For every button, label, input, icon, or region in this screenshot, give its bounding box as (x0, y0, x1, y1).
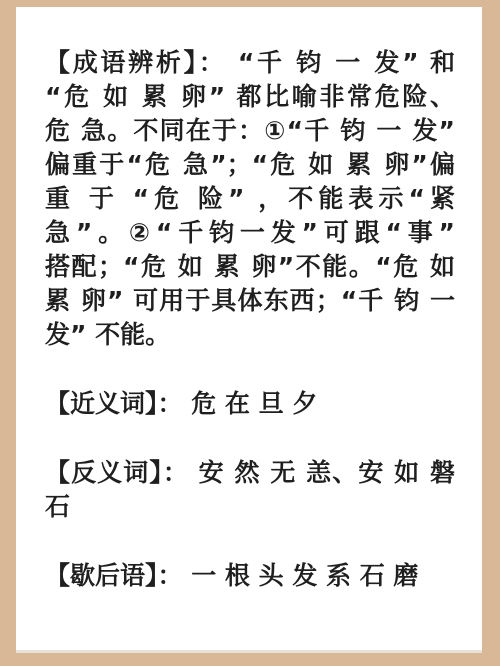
text-line: 偏重于“危 急”；“危 如 累 卵”偏 (45, 148, 455, 182)
text-line: 发” 不能。 (45, 318, 455, 352)
text-line: 危 急。不同在于：①“千 钧 一 发” (45, 114, 455, 148)
text-line: 【歇后语】： 一 根 头 发 系 石 磨 (45, 559, 455, 593)
paragraph-xiehouyu: 【歇后语】： 一 根 头 发 系 石 磨 (45, 559, 455, 593)
text-line: 急”。②“千钧一发”可跟“事” (45, 216, 455, 250)
text-line: 【近义词】： 危 在 旦 夕 (45, 387, 455, 421)
idiom-article: 【成语辨析】： “千 钧 一 发” 和“危 如 累 卵” 都比喻非常危险、危 急… (16, 7, 482, 593)
text-line: 累 卵” 可用于具体东西；“千 钧 一 (45, 284, 455, 318)
text-line: “危 如 累 卵” 都比喻非常危险、 (45, 80, 455, 114)
content-card: 【成语辨析】： “千 钧 一 发” 和“危 如 累 卵” 都比喻非常危险、危 急… (16, 7, 482, 653)
text-line: 搭配；“危 如 累 卵”不能。“危 如 (45, 250, 455, 284)
paragraph-jinyici: 【近义词】： 危 在 旦 夕 (45, 387, 455, 421)
paragraph-chengyu-bianxi: 【成语辨析】： “千 钧 一 发” 和“危 如 累 卵” 都比喻非常危险、危 急… (45, 46, 455, 352)
text-line: 石 (45, 490, 455, 524)
text-line: 【成语辨析】： “千 钧 一 发” 和 (45, 46, 455, 80)
text-line: 【反义词】： 安 然 无 恙、安 如 磐 (45, 456, 455, 490)
paragraph-fanyici: 【反义词】： 安 然 无 恙、安 如 磐石 (45, 456, 455, 524)
text-line: 重 于 “危 险” ，不能表示“紧 (45, 182, 455, 216)
